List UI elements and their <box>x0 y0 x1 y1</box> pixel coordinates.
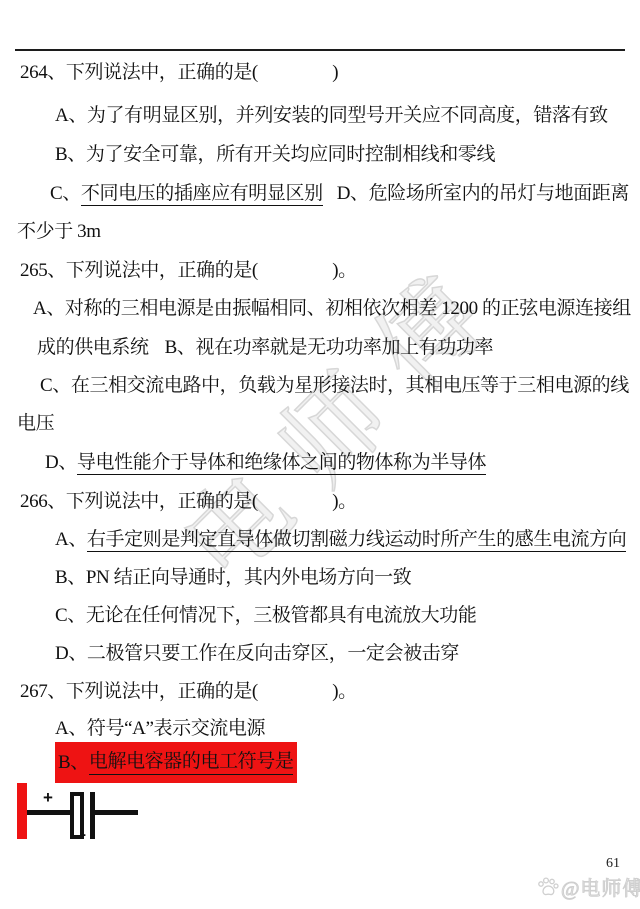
q266-option-b: B、PN 结正向导通时，其内外电场方向一致 <box>55 566 411 589</box>
capacitor-plus-sign: + <box>43 788 53 808</box>
capacitor-negative-plate <box>90 792 95 839</box>
q264-option-a-text: A、为了有明显区别，并列安装的同型号开关应不同高度，错落有致 <box>55 105 608 126</box>
q265-option-d-underlined: 导电性能介于导体和绝缘体之间的物体称为半导体 <box>77 452 486 475</box>
q264-option-c-d: C、不同电压的插座应有明显区别D、危险场所室内的吊灯与地面距离 <box>50 182 629 205</box>
paw-icon <box>536 875 560 899</box>
q267-title: 267、下列说法中，正确的是( )。 <box>20 680 357 703</box>
corner-watermark: @电师傅 <box>536 872 640 901</box>
q267-option-b-label: B、 <box>58 751 89 774</box>
q267-option-a-text: A、符号“A”表示交流电源 <box>55 718 265 739</box>
q265-option-b-text: B、视在功率就是无功功率加上有功功率 <box>165 337 493 358</box>
q265-option-c-wrap-text: 电压 <box>17 413 54 434</box>
q264-option-c-label: C、 <box>50 183 81 204</box>
top-divider <box>15 49 625 51</box>
q266-title: 266、下列说法中，正确的是( )。 <box>20 490 357 513</box>
q267-title-text: 267、下列说法中，正确的是( )。 <box>20 681 357 702</box>
q266-option-a-label: A、 <box>55 529 87 550</box>
document-page: 电师傅 264、下列说法中，正确的是( ) A、为了有明显区别，并列安装的同型号… <box>0 0 640 909</box>
q264-option-b: B、为了安全可靠，所有开关均应同时控制相线和零线 <box>55 143 495 166</box>
q266-option-c-text: C、无论在任何情况下，三极管都具有电流放大功能 <box>55 605 476 626</box>
q264-option-c-underlined: 不同电压的插座应有明显区别 <box>81 183 323 206</box>
q267-option-a: A、符号“A”表示交流电源 <box>55 717 265 740</box>
q266-option-c: C、无论在任何情况下，三极管都具有电流放大功能 <box>55 604 476 627</box>
q265-option-a-text: A、对称的三相电源是由振幅相同、初相依次相差 1200 的正弦电源连接组 <box>33 298 631 319</box>
q265-option-c-text: C、在三相交流电路中，负载为星形接法时，其相电压等于三相电源的线 <box>40 375 629 396</box>
q265-option-d: D、导电性能介于导体和绝缘体之间的物体称为半导体 <box>45 451 486 474</box>
capacitor-right-wire <box>95 810 138 815</box>
page-content: 264、下列说法中，正确的是( ) A、为了有明显区别，并列安装的同型号开关应不… <box>0 0 640 909</box>
red-margin-bar <box>17 783 27 839</box>
q267-option-b-highlighted: B、电解电容器的电工符号是 <box>55 742 297 783</box>
q265-option-d-label: D、 <box>45 452 77 473</box>
page-number: 61 <box>606 856 620 872</box>
corner-watermark-text: @电师傅 <box>561 872 640 901</box>
capacitor-left-wire <box>27 810 71 815</box>
q266-option-d: D、二极管只要工作在反向击穿区，一定会被击穿 <box>55 642 459 665</box>
q265-title: 265、下列说法中，正确的是( )。 <box>20 259 357 282</box>
q264-option-a: A、为了有明显区别，并列安装的同型号开关应不同高度，错落有致 <box>55 104 608 127</box>
q267-option-b-underlined: 电解电容器的电工符号是 <box>89 750 294 775</box>
capacitor-minus-sign: - <box>81 826 86 843</box>
q265-title-text: 265、下列说法中，正确的是( )。 <box>20 260 357 281</box>
q265-option-a-wrap-text: 成的供电系统 <box>37 337 149 358</box>
q265-option-a-wrap-b: 成的供电系统B、视在功率就是无功功率加上有功功率 <box>37 336 493 359</box>
q265-option-c-wrap: 电压 <box>17 412 54 435</box>
q264-option-d-wrap-text: 不少于 3m <box>17 221 101 242</box>
q264-option-d-wrap: 不少于 3m <box>17 220 101 243</box>
q264-title: 264、下列说法中，正确的是( ) <box>20 61 338 84</box>
q264-option-d-text: D、危险场所室内的吊灯与地面距离 <box>337 183 629 204</box>
q264-title-text: 264、下列说法中，正确的是( ) <box>20 62 338 83</box>
q266-option-b-text: B、PN 结正向导通时，其内外电场方向一致 <box>55 567 411 588</box>
q266-option-a-underlined: 右手定则是判定直导体做切割磁力线运动时所产生的感生电流方向 <box>87 529 626 552</box>
q264-option-b-text: B、为了安全可靠，所有开关均应同时控制相线和零线 <box>55 144 495 165</box>
q266-option-a: A、右手定则是判定直导体做切割磁力线运动时所产生的感生电流方向 <box>55 528 626 551</box>
q266-title-text: 266、下列说法中，正确的是( )。 <box>20 491 357 512</box>
q265-option-c: C、在三相交流电路中，负载为星形接法时，其相电压等于三相电源的线 <box>40 374 629 397</box>
q265-option-a: A、对称的三相电源是由振幅相同、初相依次相差 1200 的正弦电源连接组 <box>33 297 631 320</box>
q266-option-d-text: D、二极管只要工作在反向击穿区，一定会被击穿 <box>55 643 459 664</box>
